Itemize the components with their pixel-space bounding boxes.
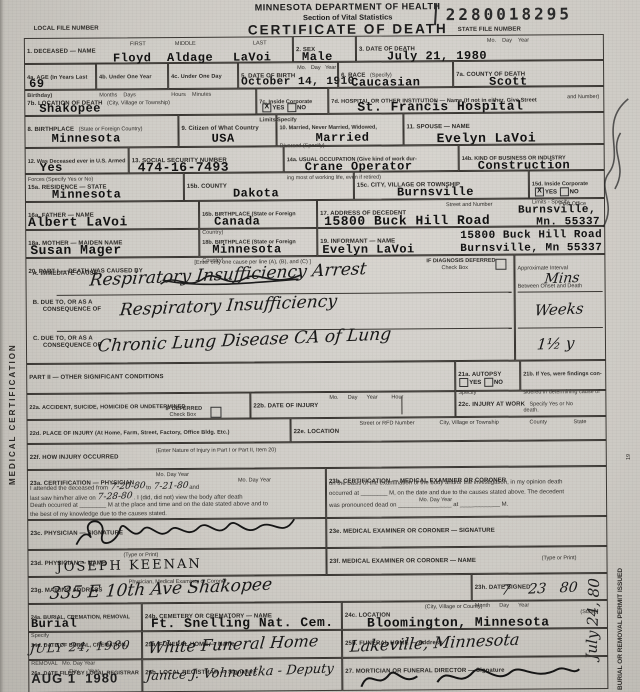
field-20-cause-of-death: 20. PART I — DEATH WAS CAUSED BY [Enter … bbox=[25, 255, 515, 364]
field-23g-mailing-address: 23g. MAILING ADDRESS Physician, Medical … bbox=[28, 574, 472, 604]
field-22b-label: 22b. DATE OF INJURY bbox=[253, 403, 318, 409]
field-5-date-of-birth: 5. DATE OF BIRTH Mo. Day Year October 14… bbox=[238, 62, 338, 89]
informant-address-2: Burnsville, Mn 55337 bbox=[460, 242, 602, 255]
field-21b-findings: 21b. If Yes, were findings con- sidered … bbox=[520, 360, 606, 391]
field-23c-physician-signature: 23c. PHYSICIAN — SIGNATURE bbox=[27, 518, 326, 550]
field-16a-father: 16a. FATHER — NAME Albert LaVoi bbox=[25, 201, 199, 230]
interval-rule-a bbox=[518, 291, 603, 293]
burial-value: Burial bbox=[31, 617, 77, 631]
field-23b-certification-me: 23b. CERTIFICATION — MEDICAL EXAMINER OR… bbox=[326, 466, 607, 518]
field-23f-label: 23f. MEDICAL EXAMINER OR CORONER — NAME bbox=[329, 558, 476, 566]
field-24b-cemetery: 24b. CEMETERY OR CREMATORY — NAME Ft. Sn… bbox=[142, 602, 342, 631]
field-22d-label: 22d. PLACE OF INJURY (At Home, Farm, Str… bbox=[30, 430, 230, 437]
field-11-label: 11. SPOUSE — NAME bbox=[406, 124, 469, 130]
field-23e-label: 23e. MEDICAL EXAMINER OR CORONER — SIGNA… bbox=[329, 528, 495, 536]
field-10-marital-status: 10. Married, Never Married, Widowed, Div… bbox=[276, 113, 403, 146]
field-4c-under-one-day: 4c. Under One Day Hours Minutes bbox=[168, 63, 238, 89]
checkbox-15d-yes: X bbox=[535, 187, 544, 196]
field-15d-yes-label: YES bbox=[545, 189, 557, 195]
field-22e-sub3: County bbox=[530, 419, 547, 425]
state-file-number-stamp: 2280018295 bbox=[446, 4, 572, 24]
field-23a-sub-1: Mo. Day Year bbox=[156, 472, 189, 479]
field-3-date-of-death: 3. DATE OF DEATH Mo. Day Year July 21, 1… bbox=[356, 34, 604, 62]
field-21a-yes-label: YES bbox=[469, 380, 481, 386]
field-22f-note: (Enter Nature of Injury in Part I or Par… bbox=[156, 447, 276, 454]
field-14a-occupation: 14a. USUAL OCCUPATION (Give kind of work… bbox=[284, 145, 459, 172]
col-last-label: LAST bbox=[253, 40, 267, 46]
field-22e-sub4: State bbox=[574, 419, 587, 425]
field-24d-burial-date: 24d. DATE OF BURIAL, CREMATION, REMOVAL … bbox=[28, 631, 142, 660]
field-22e-sub1: Street or RFD Number bbox=[360, 420, 415, 427]
date-filed-stamp: AUG 1 1980 bbox=[31, 670, 118, 686]
field-4b-label: 4b. Under One Year bbox=[99, 74, 151, 80]
field-25a-funeral-home: 25a. FUNERAL HOME — Name White Funeral H… bbox=[142, 630, 342, 659]
field-20-deferred-label2: Check Box bbox=[441, 265, 468, 271]
field-7b-sub: (City, Village or Township) bbox=[107, 100, 170, 106]
field-22a-label: 22a. ACCIDENT, SUICIDE, HOMICIDE OR UNDE… bbox=[29, 404, 185, 411]
field-22e-label: 22e. LOCATION bbox=[294, 429, 340, 435]
checkbox-7c-no bbox=[287, 103, 296, 112]
field-22a-accident: 22a. ACCIDENT, SUICIDE, HOMICIDE OR UNDE… bbox=[26, 392, 250, 420]
f23a-hw-to: 7-21-80 bbox=[153, 481, 189, 493]
field-23f-me-name: 23f. MEDICAL EXAMINER OR CORONER — NAME … bbox=[326, 546, 607, 575]
field-22b-sub: Mo. Day Year Hour bbox=[329, 394, 403, 401]
field-1-deceased-name: 1. DECEASED — NAME FIRST MIDDLE LAST Flo… bbox=[24, 36, 293, 64]
state-file-number-label: STATE FILE NUMBER bbox=[458, 27, 521, 35]
field-25b-funeral-home-address: 25b. FUNERAL HOME — Address Lakeville, M… bbox=[342, 628, 608, 658]
cause-a-label: A. IMMEDIATE CAUSE bbox=[32, 271, 97, 279]
cause-c-label-2: CONSEQUENCE OF bbox=[43, 343, 101, 350]
field-17-sub1: Street and Number bbox=[446, 202, 493, 209]
pen-flourish-mark bbox=[558, 93, 639, 234]
field-18a-mother: 18a. MOTHER — MAIDEN NAME Susan Mager bbox=[25, 229, 199, 258]
field-26b-registrar-signature: 26b. LOCAL REGISTRAR — Signature Janice … bbox=[142, 658, 342, 692]
field-1-label: 1. DECEASED — NAME bbox=[27, 49, 96, 55]
father-name-value: Albert LaVoi bbox=[28, 214, 128, 230]
field-22c-sub: Specify Yes or No bbox=[529, 401, 572, 407]
checkbox-21a-yes bbox=[459, 378, 468, 387]
f23a-hw-alive: 7-28-80 bbox=[97, 491, 133, 503]
field-7c-inside-corporate-limits: 7c. Inside Corporate Limits Specify XYES… bbox=[256, 88, 328, 115]
field-3-sub: Mo. Day Year bbox=[487, 38, 529, 45]
field-26a-date-filed: 26a. DATE FILED BY LOCAL REGISTRAR Day Y… bbox=[28, 659, 142, 692]
interval-rule-b bbox=[518, 327, 603, 329]
cause-a-interval: Mins bbox=[544, 270, 581, 287]
marital-status-value: Married bbox=[315, 131, 369, 145]
f23a-text-2a: last saw him/her alive on bbox=[30, 496, 96, 502]
residence-state-value: Minnesota bbox=[52, 187, 121, 201]
field-5-sub: Mo. Day Year bbox=[297, 65, 336, 72]
certificate-form: MINNESOTA DEPARTMENT OF HEALTH Section o… bbox=[0, 0, 640, 692]
cause-b-label-2: CONSEQUENCE OF bbox=[43, 307, 101, 314]
field-23a-certification-physician: 23a. CERTIFICATION — PHYSICIAN Mo. Day Y… bbox=[27, 468, 326, 520]
mother-birthplace-value: Minnesota bbox=[212, 242, 281, 256]
field-22c-injury-at-work: 22c. INJURY AT WORK Specify Yes or No bbox=[455, 390, 606, 417]
field-22f-how-injury-occurred: 22f. HOW INJURY OCCURRED (Enter Nature o… bbox=[27, 440, 607, 470]
mother-name-value: Susan Mager bbox=[30, 242, 121, 258]
cemetery-value: Ft. Snelling Nat. Cem. bbox=[151, 615, 334, 631]
field-20-interval-column: Approximate Interval Between Onset and D… bbox=[514, 254, 606, 361]
mailing-address-value: 335 E 10th Ave Shakopee bbox=[49, 575, 273, 604]
field-22b-date-of-injury: 22b. DATE OF INJURY Mo. Day Year Hour bbox=[250, 391, 455, 418]
f23b-line-3b: at ____________ M. bbox=[453, 502, 508, 508]
col-first-label: FIRST bbox=[130, 41, 146, 47]
field-4c-label: 4c. Under One Day bbox=[171, 74, 222, 80]
field-23d-physician-name: 23d. PHYSICIAN — NAME (Type or Print) JO… bbox=[27, 548, 326, 577]
field-24c-sub2: (State) bbox=[580, 609, 597, 615]
funeral-home-address-value: Lakeville, Minnesota bbox=[349, 630, 520, 656]
field-15b-label: 15b. COUNTY bbox=[187, 184, 227, 190]
col-middle-label: MIDDLE bbox=[175, 41, 196, 47]
field-22e-location: 22e. LOCATION Street or RFD Number City,… bbox=[291, 416, 607, 442]
field-21a-no-label: NO bbox=[494, 380, 503, 386]
field-8-birthplace: 8. BIRTHPLACE (State or Foreign Country)… bbox=[24, 115, 178, 148]
local-file-number-label: LOCAL FILE NUMBER bbox=[34, 26, 99, 34]
death-certificate-scan: MEDICAL CERTIFICATION BURIAL OR REMOVAL … bbox=[0, 0, 640, 692]
field-7a-county-of-death: 7a. COUNTY OF DEATH Scott bbox=[453, 60, 604, 87]
date-signed-value: 7 23 80 bbox=[501, 580, 579, 599]
field-9-citizen: 9. Citizen of What Country USA bbox=[178, 114, 276, 147]
checkbox-20-deferred bbox=[495, 259, 506, 270]
field-4b-under-one-year: 4b. Under One Year Months Days bbox=[96, 63, 168, 90]
field-7c-no-label: NO bbox=[297, 105, 306, 111]
field-24c-sub1: (City, Village or County) bbox=[425, 604, 483, 611]
field-22d-place-of-injury: 22d. PLACE OF INJURY (At Home, Farm, Str… bbox=[27, 418, 291, 444]
cause-c-interval: 1½ y bbox=[536, 334, 575, 354]
father-birthplace-value: Canada bbox=[214, 214, 260, 228]
cause-b-interval: Weeks bbox=[534, 299, 585, 319]
f23a-text-3: Death occurred at ________ M at the plac… bbox=[30, 501, 268, 510]
field-23h-date-signed: 23h. DATE SIGNED Month Day Year 7 23 80 bbox=[472, 573, 608, 601]
field-23e-me-signature: 23e. MEDICAL EXAMINER OR CORONER — SIGNA… bbox=[326, 516, 607, 548]
field-18b-mother-birthplace: 18b. BIRTHPLACE (State or Foreign Countr… bbox=[199, 228, 317, 257]
f23a-text-1a: I attended the deceased from bbox=[30, 485, 108, 492]
f23b-sub: Mo. Day Year bbox=[419, 497, 452, 504]
cause-b-value: Respiratory Insufficiency bbox=[119, 291, 338, 320]
registrar-signature-value: Janice J. Vohnoutka - Deputy bbox=[145, 661, 334, 684]
part-2-conditions: PART II — OTHER SIGNIFICANT CONDITIONS bbox=[26, 361, 455, 394]
location-of-death-value: Shakopee bbox=[39, 102, 101, 116]
birthplace-value: Minnesota bbox=[51, 131, 120, 145]
f23a-text-1b: to bbox=[146, 485, 151, 491]
field-24c-cemetery-location: 24c. LOCATION (City, Village or County) … bbox=[342, 600, 608, 630]
cause-a-scribble bbox=[156, 269, 306, 292]
field-22c-label: 22c. INJURY AT WORK bbox=[458, 402, 525, 408]
field-23f-sub: (Type or Print) bbox=[542, 555, 577, 562]
field-2-sex: 2. SEX Male bbox=[293, 36, 356, 62]
field-22e-sub2: City, Village or Township bbox=[440, 420, 499, 427]
field-6-race: 6. RACE (Specify) Caucasian bbox=[338, 61, 453, 88]
field-24a-burial: 24a. BURIAL, CREMATION, REMOVAL Specify … bbox=[28, 603, 142, 632]
f23a-text-2b: . I (did, did not) view the body after d… bbox=[134, 495, 243, 502]
burial-date-value: JULY 24, 1980 bbox=[29, 638, 131, 656]
funeral-home-value: White Funeral Home bbox=[147, 631, 319, 657]
field-23a-sub-2: Mo. Day Year bbox=[238, 477, 271, 484]
mortician-signature bbox=[353, 661, 583, 692]
field-15a-residence-state: 15a. RESIDENCE — STATE Minnesota bbox=[25, 173, 184, 202]
checkbox-7c-yes: X bbox=[262, 103, 271, 112]
field-22f-label: 22f. HOW INJURY OCCURRED bbox=[30, 454, 119, 461]
field-27-mortician-signature: 27. MORTICIAN OR FUNERAL DIRECTOR — Sign… bbox=[342, 656, 608, 691]
field-15b-residence-county: 15b. COUNTY Dakota bbox=[184, 172, 354, 201]
age-value: 69 bbox=[29, 77, 45, 91]
residence-county-value: Dakota bbox=[233, 186, 279, 200]
citizen-value: USA bbox=[212, 132, 235, 146]
field-4a-age: 4a. AGE (In Years Last Birthday) 69 bbox=[24, 64, 96, 91]
part-2-label: PART II — OTHER SIGNIFICANT CONDITIONS bbox=[29, 374, 163, 381]
physician-signature bbox=[58, 513, 298, 553]
field-20-deferred-label: IF DIAGNOSIS DEFERRED bbox=[426, 258, 484, 265]
field-13-ssn: 13. SOCIAL SECURITY NUMBER 474-16-7493 bbox=[129, 146, 284, 173]
checkbox-21a-no bbox=[484, 378, 493, 387]
physician-name-value: JOSEPH KEENAN bbox=[56, 557, 202, 576]
field-22a-sub2: Check Box bbox=[169, 412, 196, 418]
field-7b-location-of-death: 7b. LOCATION OF DEATH (City, Village or … bbox=[24, 88, 256, 116]
field-21a-autopsy: 21a. AUTOPSY Specify YES NO bbox=[455, 361, 520, 391]
field-7c-yes-label: YES bbox=[272, 105, 284, 111]
field-21b-label: 21b. If Yes, were findings con- bbox=[523, 371, 601, 378]
checkbox-22a-deferred bbox=[210, 407, 221, 418]
residence-city-value: Burnsville bbox=[397, 185, 474, 200]
field-15c-residence-city: 15c. CITY, VILLAGE OR TOWNSHIP Burnsvill… bbox=[354, 171, 529, 200]
f23a-text-1c: and bbox=[189, 485, 199, 491]
field-12-armed-forces: 12. Was Deceased ever in U.S. Armed Forc… bbox=[25, 147, 129, 174]
field-16b-father-birthplace: 16b. BIRTHPLACE (State or Foreign Countr… bbox=[199, 200, 317, 229]
field-22b-divider bbox=[401, 396, 402, 414]
f23b-line-1: on the basis of the examination of the b… bbox=[329, 479, 563, 488]
